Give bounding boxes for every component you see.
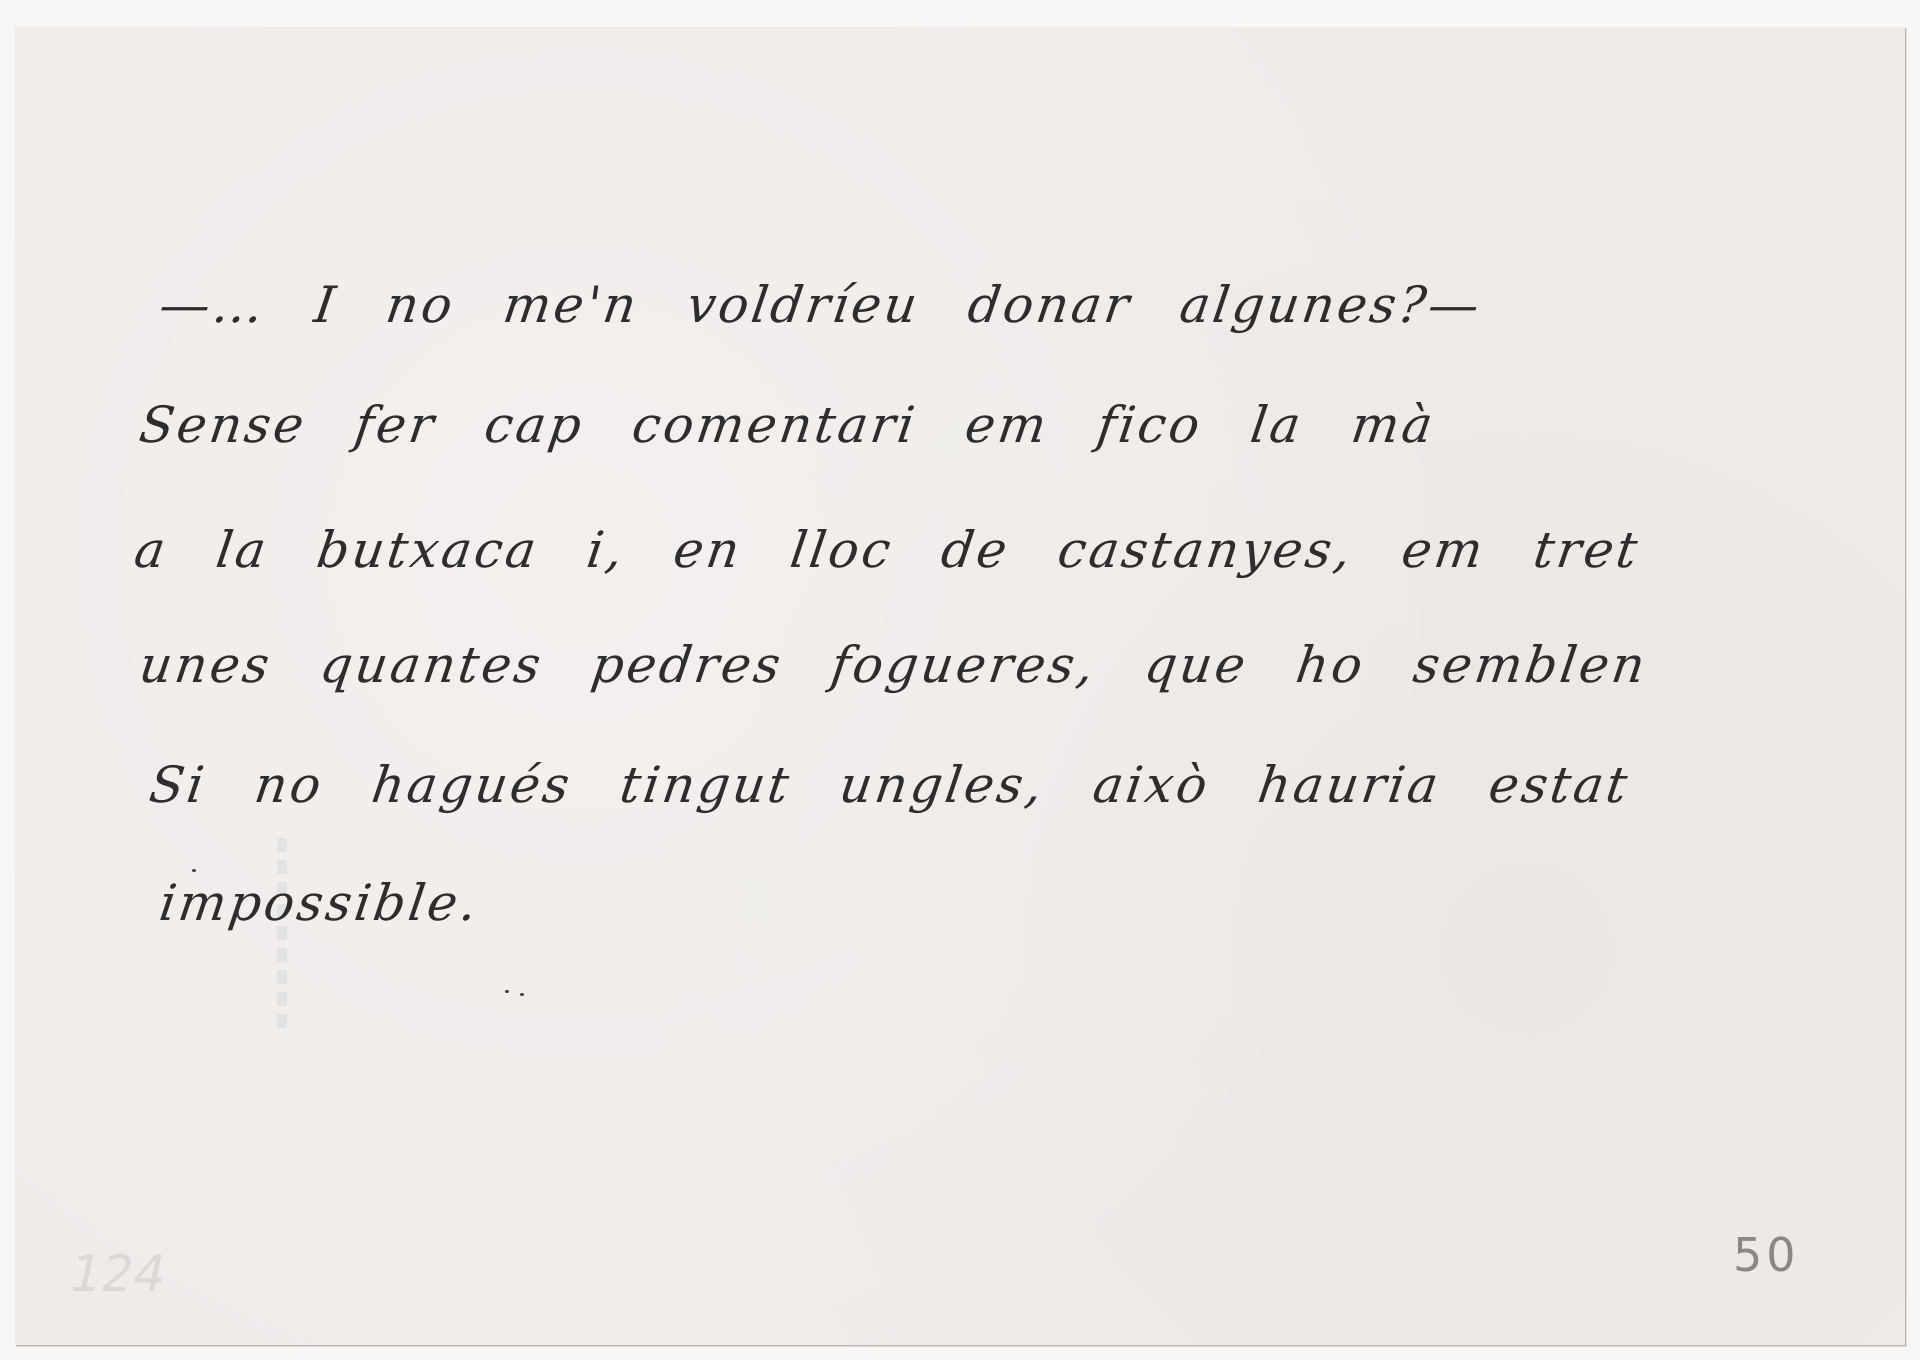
faint-page-mark: 124: [64, 1245, 172, 1303]
page-number: 50: [1733, 1228, 1800, 1282]
manuscript-line-2: Sense fer cap comentari em fico la mà: [136, 400, 1438, 450]
ink-speck: [520, 993, 524, 996]
faint-archive-stamp: [277, 838, 287, 1028]
manuscript-line-4: unes quantes pedres fogueres, que ho sem…: [136, 640, 1650, 690]
manuscript-line-1: —… I no me'n voldríeu donar algunes?—: [156, 280, 1485, 330]
manuscript-line-5: Si no hagués tingut ungles, això hauria …: [146, 760, 1633, 810]
ink-speck: [192, 869, 196, 872]
ink-speck: [505, 990, 509, 993]
manuscript-line-3: a la butxaca i, en lloc de castanyes, em…: [131, 525, 1643, 575]
manuscript-line-6: impossible.: [156, 878, 482, 928]
